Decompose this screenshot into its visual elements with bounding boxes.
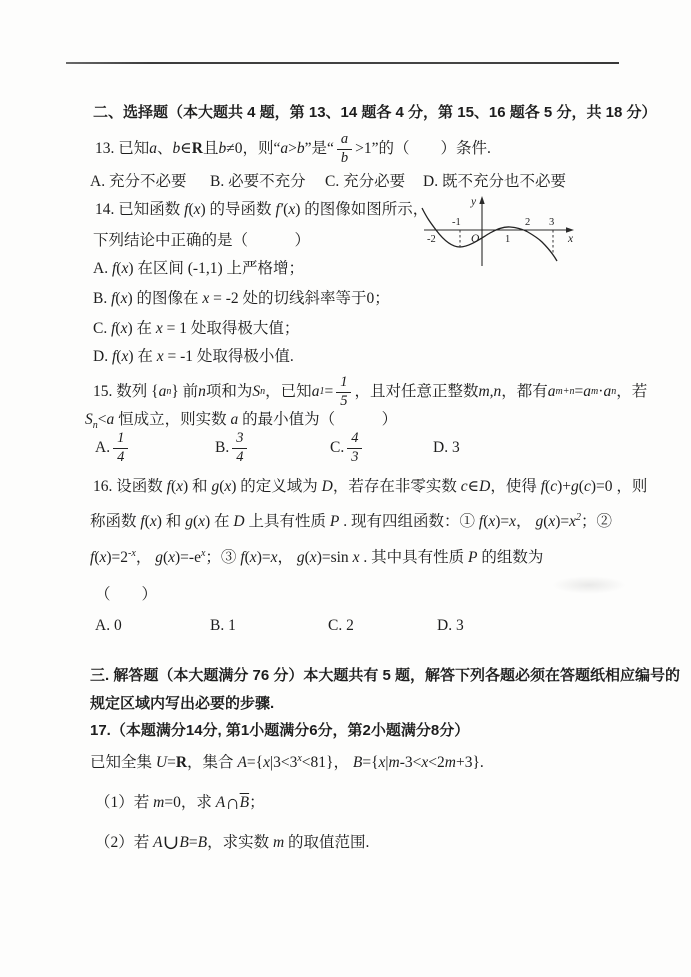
text-segment-i: x (157, 348, 164, 365)
text-segment-i: x (250, 549, 257, 566)
question-14-option-c: C. f(x) 在 x = 1 处取得极大值； (93, 319, 299, 339)
text-segment-b: R (192, 139, 203, 159)
text-segment-t: } 前 (171, 382, 198, 402)
text-segment-t: 且 (203, 139, 219, 159)
text-segment-t: )= (257, 549, 271, 566)
text-segment-i: c (584, 478, 591, 495)
question-13-option-a: A. 充分不必要 (90, 172, 186, 192)
text-segment-t: 14. 已知函数 (95, 201, 184, 218)
text-segment-t: （ ） (95, 586, 157, 603)
text-segment-t: ) 在 (205, 513, 233, 530)
text-segment-t: 已知全集 (90, 754, 156, 771)
text-segment-i: A (153, 834, 162, 851)
text-segment-t: =0，求 (164, 794, 215, 811)
text-segment-i: f′ (275, 201, 283, 218)
text-segment-t: C. 2 (328, 617, 354, 634)
text-segment-t: ；② (581, 513, 612, 530)
section-3-heading-2: 规定区域内写出必要的步骤. (90, 694, 274, 714)
fraction: 34 (232, 431, 247, 464)
text-segment-t: ) 和 (183, 478, 211, 495)
text-segment-i: g (571, 478, 579, 495)
text-segment-i: a (603, 382, 611, 402)
text-segment-t: ，求实数 (207, 834, 273, 851)
fraction-denominator: b (337, 149, 352, 166)
question-15-stem-1: 15. 数列 {an} 前 n 项和为 Sn，已知 a1=15，且对任意正整数 … (93, 374, 647, 410)
top-scan-rule (66, 62, 619, 64)
text-segment-t: ，已知 (265, 382, 312, 402)
text-segment-t: D. (93, 348, 112, 365)
fraction-denominator: 4 (113, 448, 128, 465)
text-segment-t: > (288, 139, 297, 159)
text-segment-t: = (167, 754, 176, 771)
text-segment-t: B. (215, 438, 229, 458)
question-16-option-b: B. 1 (210, 616, 236, 636)
graph-label-y: y (470, 196, 477, 208)
text-segment-t: ，若存在非零实数 (333, 478, 461, 495)
text-segment-i: x (168, 549, 175, 566)
text-segment-t: +3}. (456, 754, 484, 771)
text-segment-i: D (233, 513, 244, 530)
text-segment-t: 的取值范围. (284, 834, 369, 851)
text-segment-t: 称函数 (90, 513, 140, 530)
question-16-stem-4: （ ） (95, 585, 157, 605)
text-segment-i: a (312, 382, 320, 402)
text-segment-t: )= (495, 513, 509, 530)
question-13-option-d: D. 既不充分也不必要 (423, 172, 566, 192)
fraction-numerator: 4 (347, 431, 362, 447)
text-segment-big: ∪ (163, 832, 180, 854)
text-segment-t: A. 0 (95, 617, 122, 634)
text-segment-t: )=0 ，则 (591, 478, 648, 495)
text-segment-t: ) 在 (128, 348, 156, 365)
question-17-part-2: （2）若 A∪B=B，求实数 m 的取值范围. (95, 830, 369, 856)
text-segment-t: D. 3 (437, 617, 464, 634)
text-segment-t: )=2 (106, 549, 128, 566)
text-segment-t: 的组数为 (477, 549, 543, 566)
text-segment-t: ，集合 (187, 754, 237, 771)
text-segment-i: m,n (478, 382, 501, 402)
text-segment-i: b (218, 139, 226, 159)
graph-tick-minus1: -1 (452, 217, 461, 228)
text-segment-t: >1”的（ ）条件. (355, 139, 491, 159)
text-segment-t: ，都有 (501, 382, 548, 402)
section-3-heading-1: 三. 解答题（本大题满分 76 分）本大题共有 5 题，解答下列各题必须在答题纸… (90, 666, 680, 686)
text-segment-t: B. 1 (210, 617, 236, 634)
text-segment-i: x (194, 201, 201, 218)
text-segment-t: < (98, 411, 107, 428)
text-segment-i: A (237, 754, 246, 771)
question-14-option-b: B. f(x) 的图像在 x = -2 处的切线斜率等于0； (93, 289, 390, 309)
text-segment-h: 三. 解答题（本大题满分 76 分）本大题共有 5 题，解答下列各题必须在答题纸… (90, 667, 680, 684)
text-segment-t: ∈ (180, 139, 191, 159)
question-14-option-d: D. f(x) 在 x = -1 处取得极小值. (93, 347, 294, 367)
text-segment-i: x (310, 549, 317, 566)
text-segment-t: ， (516, 513, 535, 530)
text-segment-i: b (173, 139, 181, 159)
question-15-stem-2: Sn<a 恒成立，则实数 a 的最小值为（ ） (85, 410, 397, 430)
section-2-heading: 二、选择题（本大题共 4 题，第 13、14 题各 4 分，第 15、16 题各… (93, 103, 656, 123)
question-15-option-d: D. 3 (433, 430, 460, 466)
text-segment-t: ) 和 (157, 513, 185, 530)
fraction: 14 (113, 431, 128, 464)
text-segment-t: = 1 处取得极大值； (163, 320, 300, 337)
question-16-stem-2: 称函数 f(x) 和 g(x) 在 D 上具有性质 P . 现有四组函数：① f… (90, 512, 612, 532)
text-segment-t: -3< (400, 754, 422, 771)
text-segment-i: x (176, 478, 183, 495)
text-segment-i: m (389, 754, 400, 771)
text-segment-b: R (176, 754, 187, 771)
text-segment-t: C. (330, 438, 344, 458)
text-segment-t: C. 充分必要 (325, 173, 405, 190)
fraction-numerator: 1 (336, 375, 351, 391)
text-segment-i: m (445, 754, 456, 771)
question-13-stem: 13. 已知a、b∈R且b≠0，则“a>b”是“ab>1”的（ ）条件. (95, 129, 491, 169)
text-segment-t: ，且对任意正整数 (354, 382, 478, 402)
fraction: 15 (336, 375, 351, 408)
text-segment-i: A (216, 794, 225, 811)
graph-label-origin: O (471, 233, 480, 245)
fraction-numerator: a (337, 132, 352, 148)
question-14-option-a: A. f(x) 在区间 (-1,1) 上严格增； (93, 259, 304, 279)
text-segment-t: 上具有性质 (245, 513, 330, 530)
text-segment-i: a (159, 382, 167, 402)
text-segment-t: <2 (428, 754, 445, 771)
text-segment-t: ) 的图像如图所示， (295, 201, 428, 218)
text-segment-i: a (149, 139, 157, 159)
text-segment-i: b (297, 139, 305, 159)
text-segment-bar: B (240, 794, 249, 811)
text-segment-h: 二、选择题（本大题共 4 题，第 13、14 题各 4 分，第 15、16 题各… (93, 104, 656, 121)
text-segment-i: B (198, 834, 207, 851)
fraction-denominator: 4 (232, 448, 247, 465)
graph-tick-minus2: -2 (427, 234, 436, 245)
text-segment-i: x (150, 513, 157, 530)
question-17-part-1: （1）若 m=0，求 A∩B； (95, 790, 265, 816)
text-segment-i: S (85, 411, 93, 428)
derivative-curve (422, 208, 557, 261)
text-segment-t: ；③ (205, 549, 240, 566)
question-16-option-c: C. 2 (328, 616, 354, 636)
text-segment-i: g (155, 549, 163, 566)
text-segment-i: x (569, 513, 576, 530)
graph-label-x: x (567, 233, 574, 245)
text-segment-t: A. (93, 260, 112, 277)
question-15-option-c: C. 43 (330, 430, 365, 466)
text-segment-t: |3<3 (270, 754, 297, 771)
text-segment-t: . 其中具有性质 (359, 549, 468, 566)
text-segment-t: （1）若 (95, 794, 153, 811)
text-segment-t: ∈ (468, 478, 479, 495)
text-segment-t: 下列结论中正确的是（ ） (93, 232, 310, 249)
text-segment-i: U (156, 754, 167, 771)
fraction-denominator: 3 (347, 448, 362, 465)
text-segment-h: 规定区域内写出必要的步骤. (90, 695, 274, 712)
text-segment-big: ∩ (225, 792, 239, 814)
text-segment-t: = (324, 382, 333, 402)
text-segment-t: ，若 (616, 382, 647, 402)
text-segment-t: ≠0，则“ (226, 139, 280, 159)
text-segment-i: S (252, 382, 260, 402)
text-segment-t: 的最小值为（ ） (238, 411, 397, 428)
text-segment-t: )=-e (175, 549, 201, 566)
question-16-stem-3: f(x)=2-x， g(x)=-ex；③ f(x)=x， g(x)=sin x … (90, 548, 543, 568)
text-segment-t: 16. 设函数 (93, 478, 167, 495)
text-segment-i: B (179, 834, 188, 851)
text-segment-t: ) 的定义域为 (231, 478, 321, 495)
text-segment-t: ) 的图像在 (127, 290, 202, 307)
scan-smudge (552, 576, 626, 594)
text-segment-t: = (575, 382, 584, 402)
text-segment-t: 、 (157, 139, 173, 159)
question-17-heading: 17.（本题满分14分, 第1小题满分6分，第2小题满分8分） (90, 721, 469, 741)
text-segment-t: = -2 处的切线斜率等于0； (209, 290, 390, 307)
x-axis-arrow (566, 227, 574, 232)
text-segment-i: P (330, 513, 339, 530)
text-segment-t: ) 在区间 (-1,1) 上严格增； (128, 260, 304, 277)
text-segment-i: a (583, 382, 591, 402)
text-segment-i: a (280, 139, 288, 159)
text-segment-t: = -1 处取得极小值. (164, 348, 294, 365)
text-segment-i: D (479, 478, 490, 495)
text-segment-i: B (353, 754, 362, 771)
y-axis-arrow (479, 196, 484, 204)
text-segment-i: D (322, 478, 333, 495)
graph-tick-2: 2 (525, 217, 530, 228)
text-segment-t: B. (93, 290, 111, 307)
text-segment-t: ) 在 (127, 320, 155, 337)
text-segment-t: ={ (247, 754, 263, 771)
text-segment-t: . 现有四组函数：① (339, 513, 479, 530)
text-segment-t: （2）若 (95, 834, 153, 851)
text-segment-t: ={ (362, 754, 378, 771)
fraction-numerator: 3 (232, 431, 247, 447)
text-segment-t: 13. 已知 (95, 139, 149, 159)
text-segment-i: g (185, 513, 193, 530)
text-segment-t: )+ (557, 478, 571, 495)
text-segment-i: g (297, 549, 305, 566)
text-segment-t: C. (93, 320, 111, 337)
graph-tick-1: 1 (505, 234, 510, 245)
text-segment-h: 17.（本题满分14分, 第1小题满分6分，第2小题满分8分） (90, 722, 469, 739)
text-segment-t: ”是“ (305, 139, 334, 159)
exam-page: 二、选择题（本大题共 4 题，第 13、14 题各 4 分，第 15、16 题各… (0, 0, 691, 977)
text-segment-t: ； (249, 794, 265, 811)
fraction: 43 (347, 431, 362, 464)
question-13-option-c: C. 充分必要 (325, 172, 405, 192)
question-17-given: 已知全集 U=R，集合 A={x|3<3x<81}， B={x|m-3<x<2m… (90, 753, 484, 773)
text-segment-i: m (153, 794, 164, 811)
text-segment-t: B. 必要不充分 (210, 173, 306, 190)
derivative-graph: y x O -2 -1 1 2 3 (420, 192, 605, 280)
text-segment-i: a (548, 382, 556, 402)
question-16-option-d: D. 3 (437, 616, 464, 636)
text-segment-t: ) 的导函数 (201, 201, 276, 218)
fraction-numerator: 1 (113, 431, 128, 447)
question-13-option-b: B. 必要不充分 (210, 172, 306, 192)
text-segment-t: A. (95, 438, 110, 458)
question-14-stem-1: 14. 已知函数 f(x) 的导函数 f′(x) 的图像如图所示， (95, 200, 428, 220)
text-segment-t: D. 既不充分也不必要 (423, 173, 566, 190)
question-14-stem-2: 下列结论中正确的是（ ） (93, 231, 310, 251)
text-segment-t: <81}， (302, 754, 353, 771)
fraction: ab (337, 132, 352, 165)
text-segment-i: x (156, 320, 163, 337)
text-segment-t: A. 充分不必要 (90, 173, 186, 190)
text-segment-t: ， (136, 549, 155, 566)
text-segment-i: x (198, 513, 205, 530)
text-segment-t: ，使得 (490, 478, 540, 495)
text-segment-t: )= (555, 513, 569, 530)
text-segment-i: x (509, 513, 516, 530)
text-segment-i: x (263, 754, 270, 771)
text-segment-t: )=sin (317, 549, 353, 566)
text-segment-i: m (273, 834, 284, 851)
text-segment-t: ， (277, 549, 296, 566)
text-segment-t: 恒成立，则实数 (114, 411, 230, 428)
text-segment-t: 15. 数列 { (93, 382, 159, 402)
fraction-denominator: 5 (336, 392, 351, 409)
text-segment-t: D. 3 (433, 438, 460, 458)
text-segment-t: = (189, 834, 198, 851)
text-segment-t: 项和为 (206, 382, 253, 402)
text-segment-sup: -x (128, 548, 136, 559)
question-15-option-a: A. 14 (95, 430, 131, 466)
question-16-stem-1: 16. 设函数 f(x) 和 g(x) 的定义域为 D，若存在非零实数 c∈D，… (93, 477, 647, 497)
graph-tick-3: 3 (549, 217, 554, 228)
text-segment-i: c (461, 478, 468, 495)
text-segment-i: n (198, 382, 206, 402)
question-15-option-b: B. 34 (215, 430, 250, 466)
question-16-option-a: A. 0 (95, 616, 122, 636)
